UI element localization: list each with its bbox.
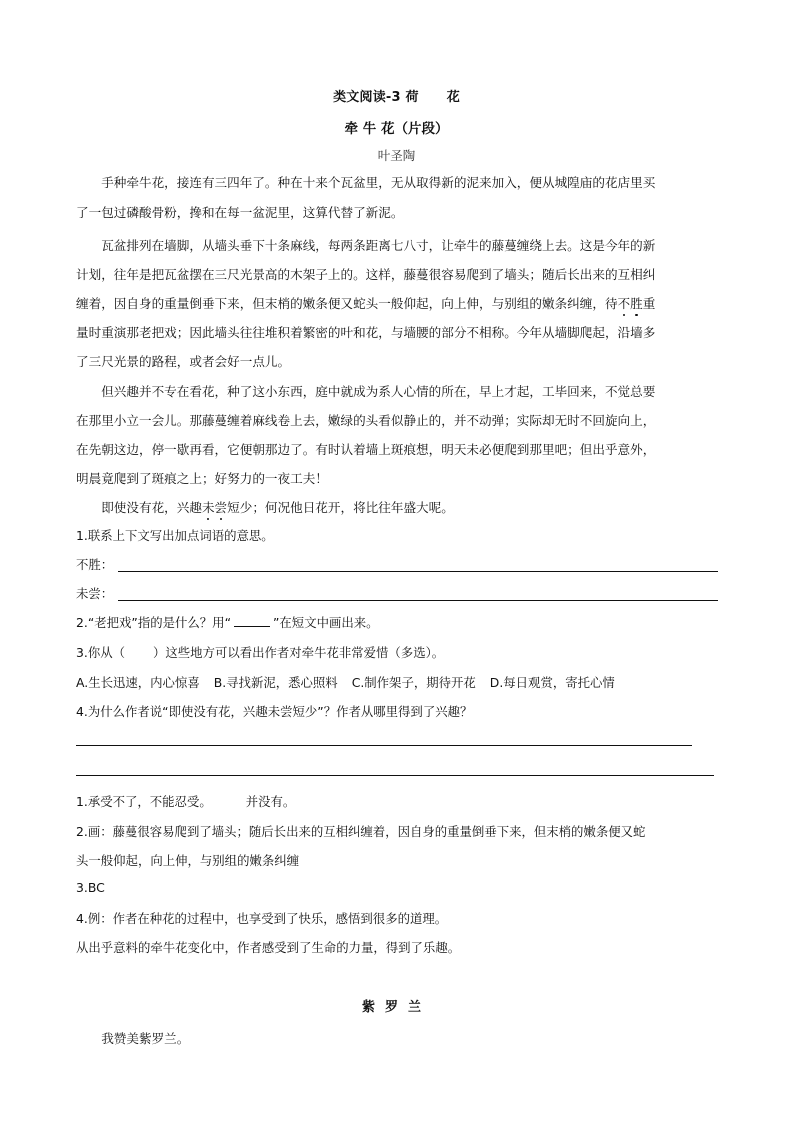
answer-line-busheng[interactable] xyxy=(118,571,718,572)
passage-author: 叶圣陶 xyxy=(0,146,793,164)
passage-line: 了一包过磷酸骨粉，搀和在每一盆泥里，这算代替了新泥。 xyxy=(76,202,403,221)
option-b[interactable]: B.寻找新泥，悉心照料 xyxy=(214,675,338,690)
passage-line: 手种牵牛花，接连有三四年了。种在十来个瓦盆里，无从取得新的泥来加入，便从城隍庙的… xyxy=(76,172,655,191)
passage-text: 重 xyxy=(643,296,656,311)
document-title-prefix: 类文阅读-3 荷 xyxy=(333,90,419,105)
document-title: 类文阅读-3 荷花 xyxy=(0,86,793,105)
passage-text: 即使没有花，兴趣 xyxy=(76,500,202,515)
answer-4-line: 从出乎意料的牵牛花变化中，作者感受到了生命的力量，得到了乐趣。 xyxy=(76,938,460,956)
answer-4-line: 4.例：作者在种花的过程中，也享受到了快乐，感悟到很多的道理。 xyxy=(76,909,447,927)
question-3-options: A.生长迅速，内心惊喜B.寻找新泥，悉心照料C.制作架子，期待开花D.每日观赏，… xyxy=(76,673,615,691)
passage-line: 即使没有花，兴趣未尝短少；何况他日花开，将比往年盛大呢。 xyxy=(76,497,454,516)
question-2-text: 2.“老把戏”指的是什么？用“ xyxy=(76,615,231,630)
question-1-field-label-weichang: 未尝： xyxy=(76,584,113,602)
answer-2-line: 头一般仰起，向上伸，与别组的嫩条纠缠 xyxy=(76,851,299,869)
option-d[interactable]: D.每日观赏，寄托心情 xyxy=(490,675,615,690)
emphasized-char: 未 xyxy=(202,497,215,516)
answer-line-weichang[interactable] xyxy=(118,600,718,601)
answer-3: 3.BC xyxy=(76,880,105,895)
answer-1: 1.承受不了，不能忍受。并没有。 xyxy=(76,792,295,810)
emphasized-char: 胜 xyxy=(630,293,643,312)
section-title: 紫罗兰 xyxy=(0,996,793,1015)
passage-line: 计划，往年是把瓦盆摆在三尺光景高的木架子上的。这样，藤蔓很容易爬到了墙头；随后长… xyxy=(76,264,655,283)
question-3-text: 3.你从（ xyxy=(76,645,125,660)
underline-sample xyxy=(234,615,270,627)
option-c[interactable]: C.制作架子，期待开花 xyxy=(352,675,476,690)
passage-line: 在先朝这边，停一歇再看，它便朝那边了。有时认着墙上斑痕想，明天未必便爬到那里吧；… xyxy=(76,439,655,458)
answer-line-q4-1[interactable] xyxy=(76,745,692,746)
passage-line: 明晨竟爬到了斑痕之上；好努力的一夜工夫！ xyxy=(76,468,328,487)
answer-2-line: 2.画：藤蔓很容易爬到了墙头；随后长出来的互相纠缠着，因自身的重量倒垂下来，但末… xyxy=(76,822,645,840)
passage-line: 了三尺光景的路程，或者会好一点儿。 xyxy=(76,351,290,370)
passage-line: 缠着，因自身的重量倒垂下来，但末梢的嫩条便又蛇头一般仰起，向上伸，与别组的嫩条纠… xyxy=(76,293,655,312)
question-3-text: ）这些地方可以看出作者对牵牛花非常爱惜（多选）。 xyxy=(153,645,444,660)
question-3: 3.你从（）这些地方可以看出作者对牵牛花非常爱惜（多选）。 xyxy=(76,643,444,661)
answer-1-part2: 并没有。 xyxy=(246,794,296,809)
answer-line-q4-2[interactable] xyxy=(76,775,714,776)
passage-line: 瓦盆排列在墙脚，从墙头垂下十条麻线，每两条距离七八寸，让牵牛的藤蔓缠绕上去。这是… xyxy=(76,235,655,254)
section-first-line: 我赞美紫罗兰。 xyxy=(76,1028,189,1047)
passage-line: 量时重演那老把戏；因此墙头往往堆积着繁密的叶和花，与墙腰的部分不相称。今年从墙脚… xyxy=(76,322,655,341)
answer-1-part1: 1.承受不了，不能忍受。 xyxy=(76,794,212,809)
passage-text: 缠着，因自身的重量倒垂下来，但末梢的嫩条便又蛇头一般仰起，向上伸，与别组的嫩条纠… xyxy=(76,296,618,311)
passage-line: 在那里小立一会儿。那藤蔓缠着麻线卷上去，嫩绿的头看似静止的，并不动弹；实际却无时… xyxy=(76,410,655,429)
question-1-prompt: 1.联系上下文写出加点词语的意思。 xyxy=(76,526,274,544)
passage-line: 但兴趣并不专在看花，种了这小东西，庭中就成为系人心情的所在，早上才起，工毕回来，… xyxy=(76,381,655,400)
document-page: 类文阅读-3 荷花 牵 牛 花（片段） 叶圣陶 手种牵牛花，接连有三四年了。种在… xyxy=(0,0,793,1122)
question-2-text: ”在短文中画出来。 xyxy=(273,615,379,630)
question-1-field-label-busheng: 不胜： xyxy=(76,555,113,573)
passage-text: 短少；何况他日花开，将比往年盛大呢。 xyxy=(227,500,454,515)
emphasized-char: 尝 xyxy=(215,497,228,516)
question-2: 2.“老把戏”指的是什么？用“”在短文中画出来。 xyxy=(76,613,379,631)
emphasized-char: 不 xyxy=(618,293,631,312)
option-a[interactable]: A.生长迅速，内心惊喜 xyxy=(76,675,200,690)
question-4-prompt: 4.为什么作者说“即使没有花，兴趣未尝短少”？作者从哪里得到了兴趣？ xyxy=(76,702,472,720)
passage-title: 牵 牛 花（片段） xyxy=(0,117,793,137)
document-title-suffix: 花 xyxy=(447,90,460,105)
